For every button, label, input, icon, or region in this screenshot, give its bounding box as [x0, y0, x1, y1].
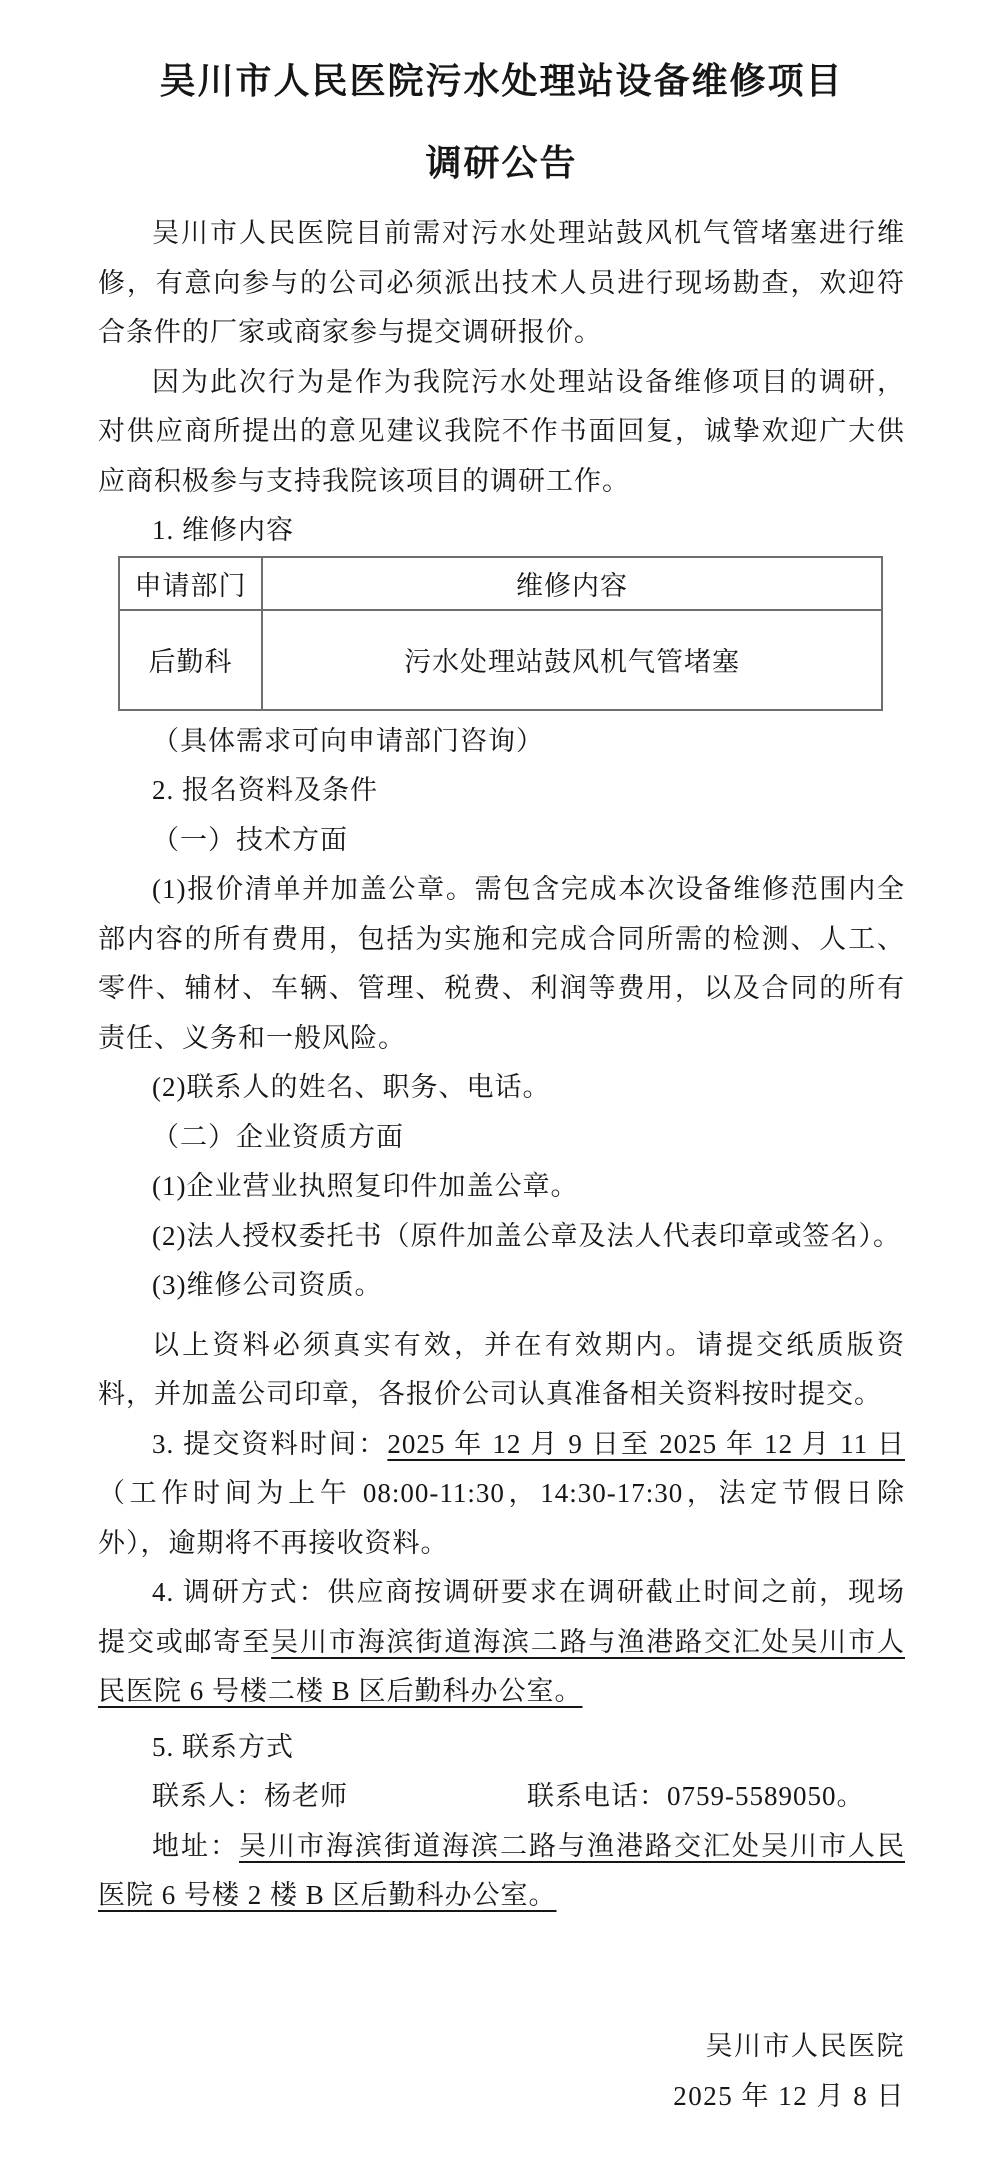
section1-heading: 1. 维修内容 [98, 506, 905, 556]
address-label: 地址： [152, 1831, 239, 1861]
table-header-repair-content: 维修内容 [262, 557, 882, 610]
repair-content-table: 申请部门 维修内容 后勤科 污水处理站鼓风机气管堵塞 [118, 556, 883, 711]
section2-technical-item-2: (2)联系人的姓名、职务、电话。 [98, 1063, 905, 1113]
table-row: 后勤科 污水处理站鼓风机气管堵塞 [119, 610, 882, 710]
section5-heading: 5. 联系方式 [98, 1723, 905, 1773]
table-header-department: 申请部门 [119, 557, 262, 610]
section2-heading: 2. 报名资料及条件 [98, 766, 905, 816]
section2-qualification-heading: （二）企业资质方面 [98, 1113, 905, 1163]
section3-prefix: 3. 提交资料时间： [152, 1429, 387, 1459]
contact-phone: 联系电话：0759-5589050。 [527, 1781, 865, 1811]
section3-suffix: （工作时间为上午 08:00-11:30，14:30-17:30，法定节假日除外… [98, 1478, 905, 1558]
contact-line: 联系人：杨老师联系电话：0759-5589050。 [98, 1772, 905, 1822]
document-title-line2: 调研公告 [98, 138, 905, 188]
table-cell-repair-content: 污水处理站鼓风机气管堵塞 [262, 610, 882, 710]
table-header-row: 申请部门 维修内容 [119, 557, 882, 610]
signature-organization: 吴川市人民医院 [98, 2021, 905, 2071]
announcement-document: 吴川市人民医院污水处理站设备维修项目 调研公告 吴川市人民医院目前需对污水处理站… [0, 0, 1000, 2175]
intro-paragraph-2: 因为此次行为是作为我院污水处理站设备维修项目的调研，对供应商所提出的意见建议我院… [98, 358, 905, 507]
address-line: 地址：吴川市海滨街道海滨二路与渔港路交汇处吴川市人民医院 6 号楼 2 楼 B … [98, 1822, 905, 1921]
section3-submission-time: 3. 提交资料时间：2025 年 12 月 9 日至 2025 年 12 月 1… [98, 1420, 905, 1569]
section2-qualification-item-2: (2)法人授权委托书（原件加盖公章及法人代表印章或签名）。 [98, 1212, 905, 1262]
section1-note: （具体需求可向申请部门咨询） [98, 717, 905, 767]
section2-qualification-item-1: (1)企业营业执照复印件加盖公章。 [98, 1162, 905, 1212]
contact-person: 联系人：杨老师 [152, 1772, 527, 1822]
table-cell-department: 后勤科 [119, 610, 262, 710]
intro-paragraph-1: 吴川市人民医院目前需对污水处理站鼓风机气管堵塞进行维修，有意向参与的公司必须派出… [98, 209, 905, 358]
section2-qualification-item-3: (3)维修公司资质。 [98, 1261, 905, 1311]
section2-validity-note: 以上资料必须真实有效，并在有效期内。请提交纸质版资料，并加盖公司印章，各报价公司… [98, 1321, 905, 1420]
section4-survey-method: 4. 调研方式：供应商按调研要求在调研截止时间之前，现场提交或邮寄至吴川市海滨街… [98, 1568, 905, 1717]
section2-technical-item-1: (1)报价清单并加盖公章。需包含完成本次设备维修范围内全部内容的所有费用，包括为… [98, 865, 905, 1063]
document-title-line1: 吴川市人民医院污水处理站设备维修项目 [98, 56, 905, 106]
section2-technical-heading: （一）技术方面 [98, 816, 905, 866]
section3-underlined-dates: 2025 年 12 月 9 日至 2025 年 12 月 11 日 [387, 1429, 905, 1459]
signature-block: 吴川市人民医院 2025 年 12 月 8 日 [98, 2021, 905, 2121]
signature-date: 2025 年 12 月 8 日 [98, 2071, 905, 2121]
